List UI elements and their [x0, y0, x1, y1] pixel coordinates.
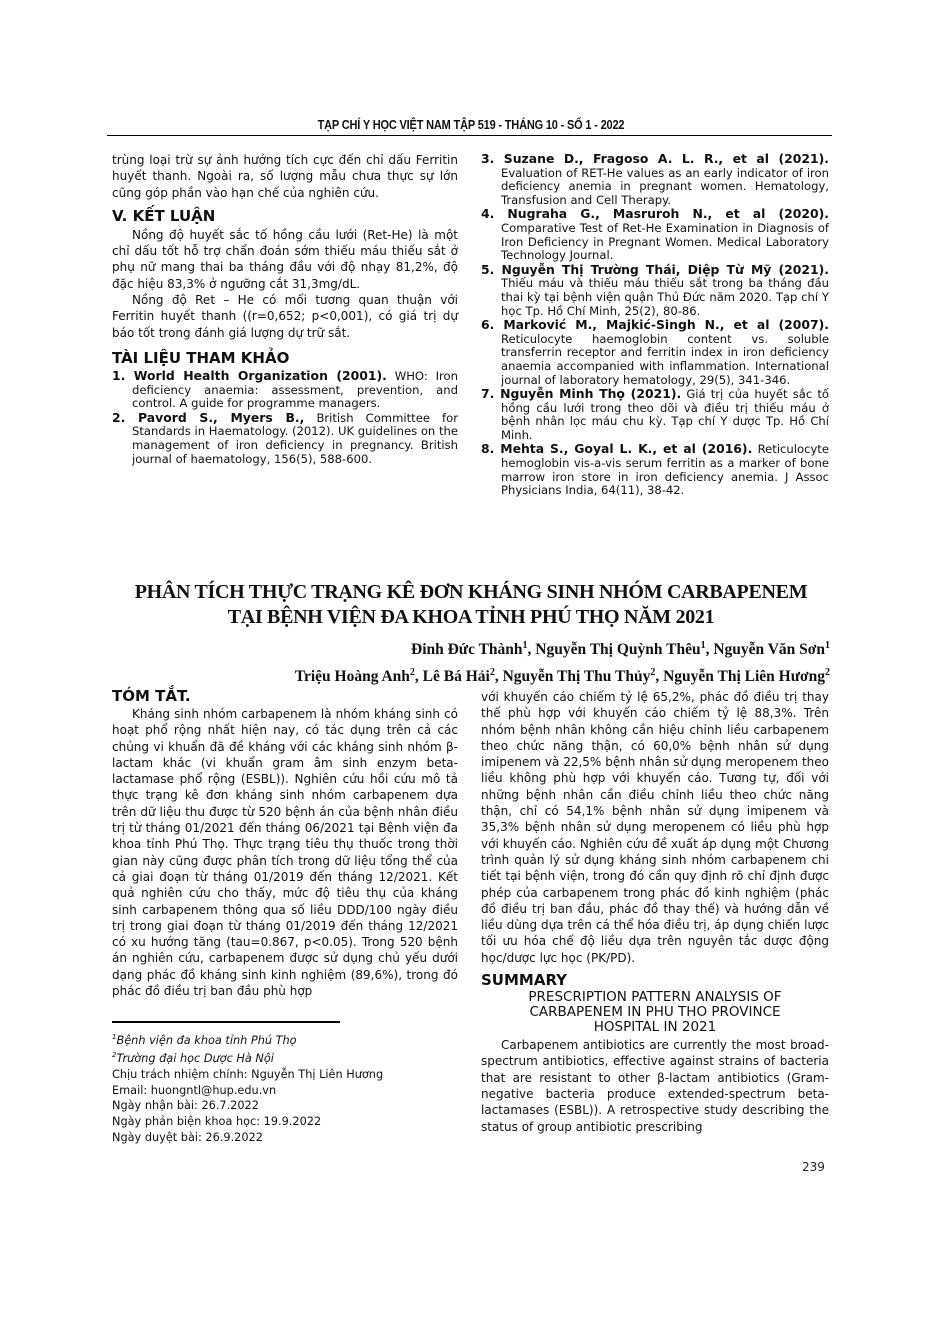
- author: Nguyễn Thị Thu Thủy: [503, 668, 651, 685]
- author: Đinh Đức Thành: [411, 641, 523, 658]
- page-number: 239: [802, 1160, 825, 1174]
- author: Nguyễn Thị Liên Hương: [663, 668, 825, 685]
- summary-title: PRESCRIPTION PATTERN ANALYSIS OF CARBAPE…: [481, 990, 829, 1035]
- footnotes: 1Bệnh viện đa khoa tỉnh Phú Thọ 2Trường …: [112, 1030, 462, 1145]
- article-title: PHÂN TÍCH THỰC TRẠNG KÊ ĐƠN KHÁNG SINH N…: [100, 580, 842, 630]
- reference-item: 7. Nguyễn Minh Thọ (2021). Giá trị của h…: [481, 387, 829, 442]
- authors-line-2: Triệu Hoàng Anh2, Lê Bá Hải2, Nguyễn Thị…: [295, 661, 830, 688]
- affiliation-2: 2Trường đại học Dược Hà Nội: [112, 1048, 462, 1066]
- prev-article-left-column: trùng loại trừ sự ảnh hưởng tích cực đến…: [112, 152, 458, 466]
- reference-item: 6. Marković M., Majkić-Singh N., et al (…: [481, 318, 829, 387]
- conclusion-paragraph-2: Nồng độ Ret – He có mối tương quan thuận…: [112, 292, 458, 341]
- abstract-heading: TÓM TẮT.: [112, 688, 458, 705]
- abstract-text-continued: với khuyến cáo chiếm tỷ lệ 65,2%, phác đ…: [481, 689, 829, 966]
- summary-text: Carbapenem antibiotics are currently the…: [481, 1037, 829, 1135]
- author-list: Đinh Đức Thành1, Nguyễn Thị Quỳnh Thêu1,…: [295, 634, 830, 688]
- conclusion-heading: V. KẾT LUẬN: [112, 207, 458, 225]
- author: Nguyễn Văn Sơn: [713, 641, 825, 658]
- prev-article-right-column: 3. Suzane D., Fragoso A. L. R., et al (2…: [481, 152, 829, 498]
- reference-item: 2. Pavord S., Myers B., British Committe…: [112, 411, 458, 466]
- reference-item: 8. Mehta S., Goyal L. K., et al (2016). …: [481, 442, 829, 497]
- reference-item: 5. Nguyễn Thị Trường Thái, Diệp Từ Mỹ (2…: [481, 263, 829, 318]
- author: Triệu Hoàng Anh: [295, 668, 410, 685]
- abstract-continued-column: với khuyến cáo chiếm tỷ lệ 65,2%, phác đ…: [481, 689, 829, 1135]
- date-received: Ngày nhận bài: 26.7.2022: [112, 1098, 462, 1114]
- summary-heading: SUMMARY: [481, 972, 829, 989]
- journal-page: TẠP CHÍ Y HỌC VIỆT NAM TẬP 519 - THÁNG 1…: [0, 0, 942, 1333]
- date-accepted: Ngày duyệt bài: 26.9.2022: [112, 1130, 462, 1146]
- affiliation-1: 1Bệnh viện đa khoa tỉnh Phú Thọ: [112, 1030, 462, 1048]
- article-title-line-2: TẠI BỆNH VIỆN ĐA KHOA TỈNH PHÚ THỌ NĂM 2…: [100, 605, 842, 630]
- date-reviewed: Ngày phản biện khoa học: 19.9.2022: [112, 1114, 462, 1130]
- abstract-text: Kháng sinh nhóm carbapenem là nhóm kháng…: [112, 706, 458, 999]
- conclusion-paragraph-1: Nồng độ huyết sắc tố hồng cầu lưới (Ret-…: [112, 227, 458, 292]
- running-head: TẠP CHÍ Y HỌC VIỆT NAM TẬP 519 - THÁNG 1…: [154, 118, 788, 132]
- authors-line-1: Đinh Đức Thành1, Nguyễn Thị Quỳnh Thêu1,…: [295, 634, 830, 661]
- discussion-tail: trùng loại trừ sự ảnh hưởng tích cực đến…: [112, 152, 458, 201]
- reference-item: 4. Nugraha G., Masruroh N., et al (2020)…: [481, 207, 829, 262]
- footnote-rule: [112, 1021, 340, 1023]
- author: Nguyễn Thị Quỳnh Thêu: [535, 641, 700, 658]
- article-title-line-1: PHÂN TÍCH THỰC TRẠNG KÊ ĐƠN KHÁNG SINH N…: [100, 580, 842, 605]
- author: Lê Bá Hải: [423, 668, 490, 685]
- header-rule: [107, 135, 832, 136]
- reference-item: 3. Suzane D., Fragoso A. L. R., et al (2…: [481, 152, 829, 207]
- abstract-vi-column: TÓM TẮT. Kháng sinh nhóm carbapenem là n…: [112, 688, 458, 999]
- email: Email: huongntl@hup.edu.vn: [112, 1083, 462, 1099]
- corresponding-author: Chịu trách nhiệm chính: Nguyễn Thị Liên …: [112, 1067, 462, 1083]
- references-heading: TÀI LIỆU THAM KHẢO: [112, 349, 458, 367]
- reference-item: 1. World Health Organization (2001). WHO…: [112, 369, 458, 411]
